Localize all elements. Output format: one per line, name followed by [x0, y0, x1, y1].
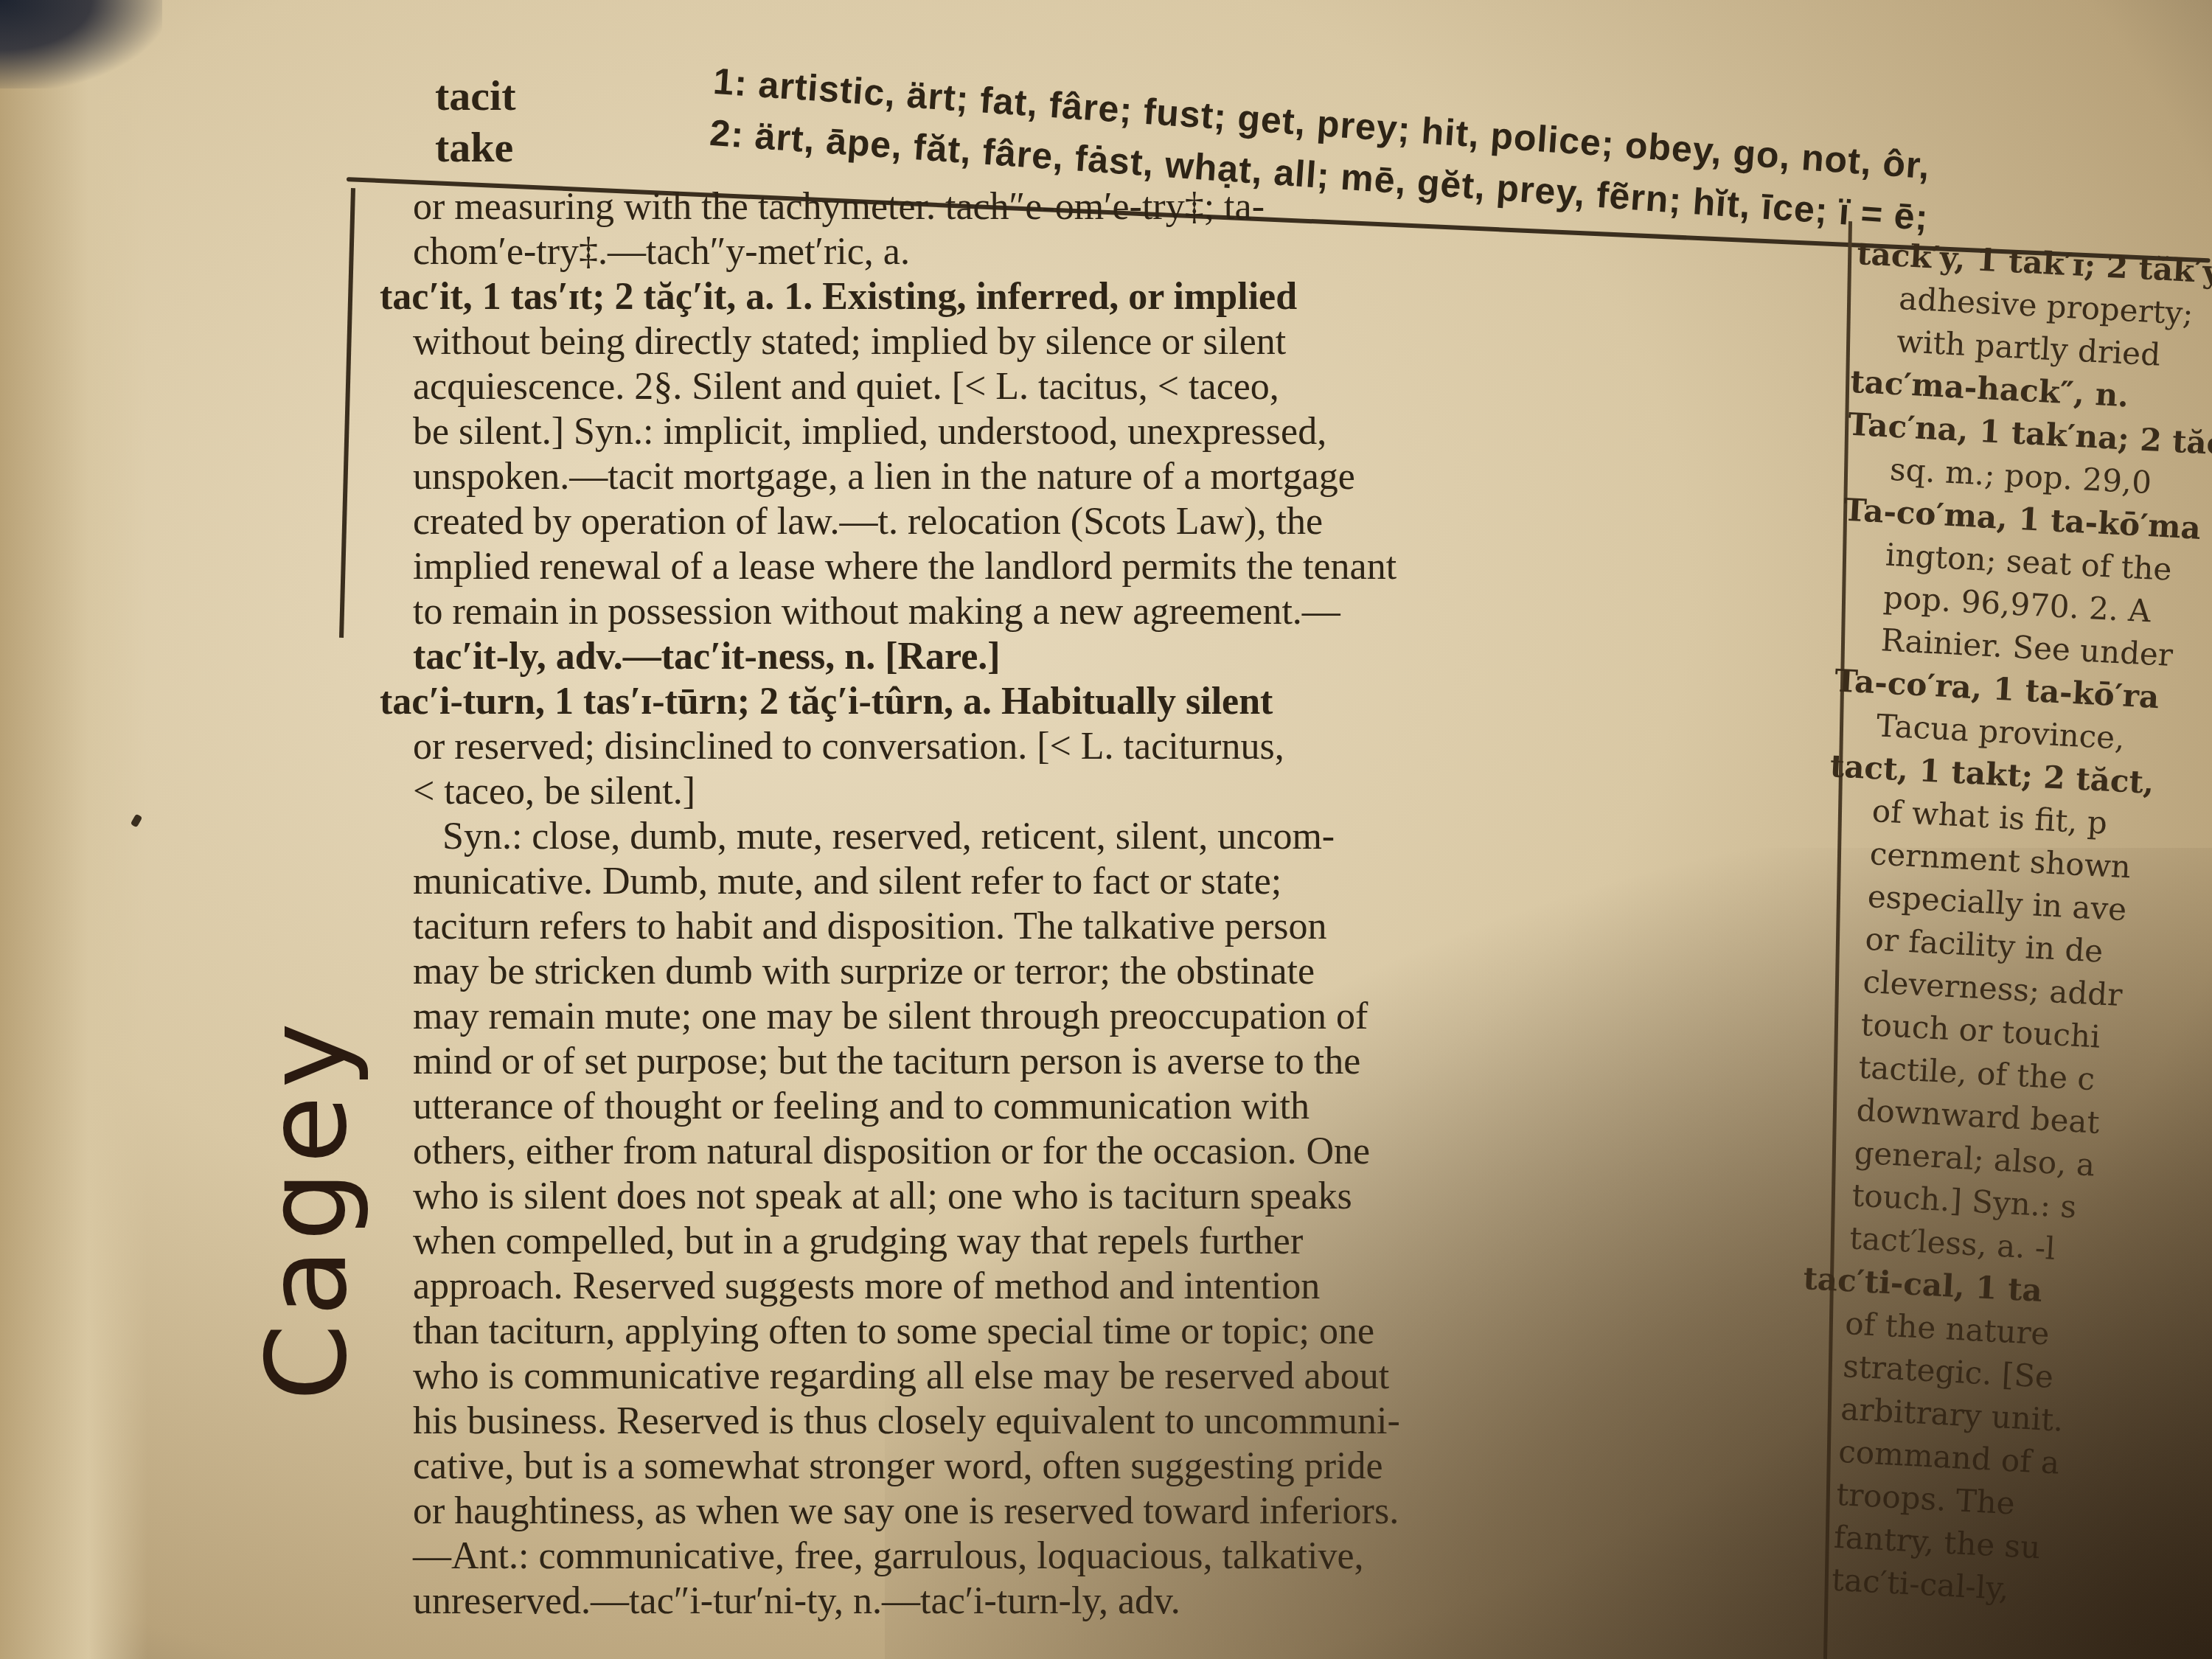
entry-line: acquiescence. 2§. Silent and quiet. [< L…	[413, 364, 1858, 409]
entry-line: or reserved; disinclined to conversation…	[413, 724, 1858, 769]
entry-line: created by operation of law.—t. relocati…	[413, 499, 1858, 544]
right-column: tack′y, 1 tak′ɪ; 2 tăk′y, adhesive prope…	[1787, 232, 2212, 1619]
entry-line: his business. Reserved is thus closely e…	[413, 1399, 1858, 1444]
guide-word-top: tacit	[435, 70, 516, 122]
entry-line: chom′e-try‡.—tach″y-met′ric, a.	[413, 229, 1858, 274]
entry-line: taciturn refers to habit and disposition…	[413, 904, 1858, 949]
antonym-line: —Ant.: communicative, free, garrulous, l…	[413, 1534, 1858, 1579]
entry-line: cative, but is a somewhat stronger word,…	[413, 1444, 1858, 1489]
entry-line: or haughtiness, as when we say one is re…	[413, 1489, 1858, 1534]
entry-line: tac′it-ly, adv.—tac′it-ness, n. [Rare.]	[413, 634, 1858, 679]
entry-line: be silent.] Syn.: implicit, implied, und…	[413, 409, 1858, 454]
entry-line: unspoken.—tacit mortgage, a lien in the …	[413, 454, 1858, 499]
pencil-bracket-mark	[339, 188, 355, 638]
entry-line: mind or of set purpose; but the taciturn…	[413, 1039, 1858, 1084]
entry-line: who is communicative regarding all else …	[413, 1354, 1858, 1399]
entry-line: utterance of thought or feeling and to c…	[413, 1084, 1858, 1129]
entry-line: when compelled, but in a grudging way th…	[413, 1219, 1858, 1264]
entry-line: < taceo, be silent.]	[413, 769, 1858, 814]
entry-line: others, either from natural disposition …	[413, 1129, 1858, 1174]
entry-line: may be stricken dumb with surprize or te…	[413, 949, 1858, 994]
entry-line: to remain in possession without making a…	[413, 589, 1858, 634]
main-column: or measuring with the tachymeter. tach″e…	[413, 184, 1858, 1624]
book-page-edge	[0, 0, 147, 1659]
entry-line: who is silent does not speak at all; one…	[413, 1174, 1858, 1219]
entry-line: may remain mute; one may be silent throu…	[413, 994, 1858, 1039]
entry-line: implied renewal of a lease where the lan…	[413, 544, 1858, 589]
entry-line: without being directly stated; implied b…	[413, 319, 1858, 364]
entry-line: or measuring with the tachymeter. tach″e…	[413, 184, 1858, 229]
entry-line: than taciturn, applying often to some sp…	[413, 1309, 1858, 1354]
headword-tacit: tac′it, 1 tas′ɪt; 2 tăç′it, a. 1. Existi…	[380, 274, 1858, 319]
headword-taciturn: tac′i-turn, 1 tas′ɪ-tūrn; 2 tăç′i-tûrn, …	[380, 679, 1858, 724]
guide-word-bottom: take	[435, 122, 516, 173]
entry-line: municative. Dumb, mute, and silent refer…	[413, 859, 1858, 904]
guide-words: tacit take	[435, 70, 516, 173]
background-corner	[0, 0, 162, 88]
synonym-line: Syn.: close, dumb, mute, reserved, retic…	[413, 814, 1858, 859]
entry-line: approach. Reserved suggests more of meth…	[413, 1264, 1858, 1309]
handwritten-annotation: Cagey	[243, 1015, 372, 1401]
entry-line: unreserved.—tac″i-tur′ni-ty, n.—tac′i-tu…	[413, 1579, 1858, 1624]
